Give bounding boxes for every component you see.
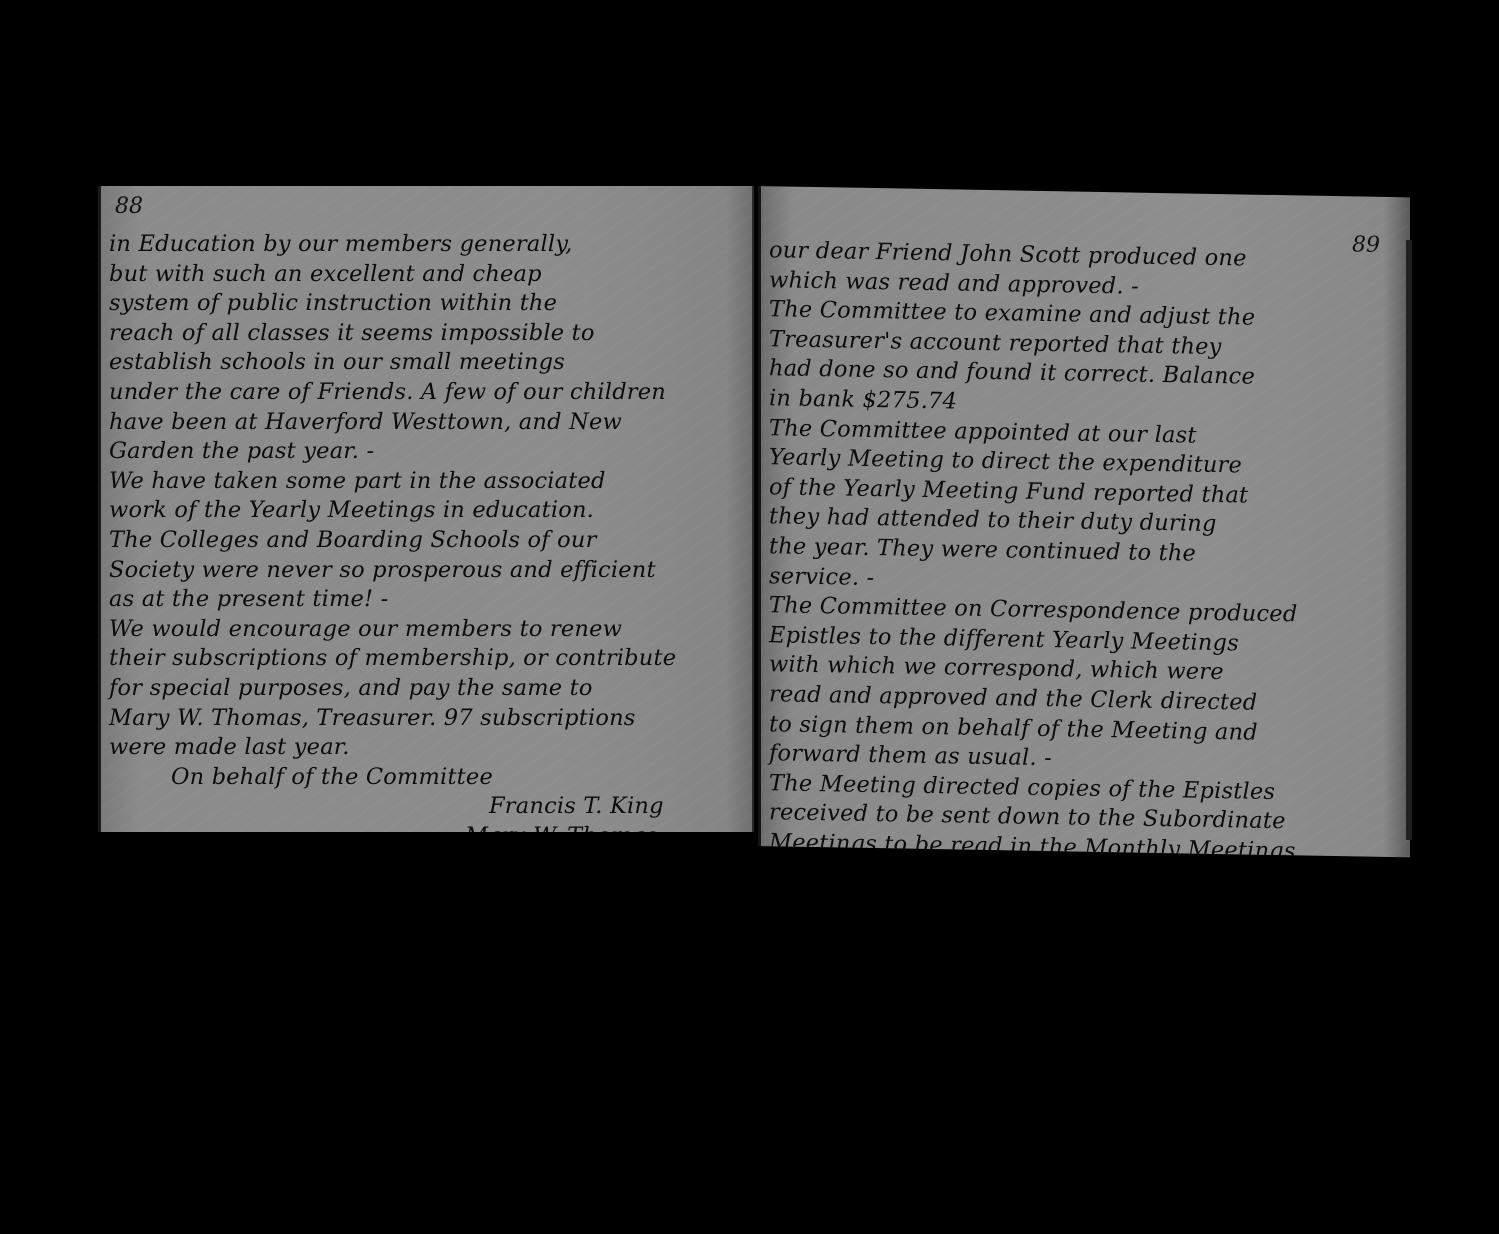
page-edge-shadow — [1406, 240, 1412, 840]
open-book-scan: 88 in Education by our members generally… — [0, 0, 1499, 1234]
text-line: reach of all classes it seems impossible… — [109, 319, 742, 349]
text-line: Society were never so prosperous and eff… — [109, 556, 742, 586]
left-page: 88 in Education by our members generally… — [98, 186, 754, 832]
right-page-text: our dear Friend John Scott produced onew… — [769, 236, 1400, 857]
text-line: We would encourage our members to renew — [109, 615, 742, 645]
page-number-left: 88 — [115, 194, 143, 219]
text-line: Mary W. Thomas, Treasurer. 97 subscripti… — [109, 704, 742, 734]
text-line: Garden the past year. - — [109, 437, 742, 467]
text-line: were made last year. — [109, 733, 742, 763]
text-line: Mary W. Thomas. — [109, 822, 742, 832]
text-line: The Colleges and Boarding Schools of our — [109, 526, 742, 556]
text-line: On behalf of the Committee — [109, 763, 742, 793]
text-line: for special purposes, and pay the same t… — [109, 674, 742, 704]
text-line: system of public instruction within the — [109, 289, 742, 319]
text-line: under the care of Friends. A few of our … — [109, 378, 742, 408]
text-line: as at the present time! - — [109, 585, 742, 615]
right-page: 89 our dear Friend John Scott produced o… — [758, 186, 1410, 857]
text-line: their subscriptions of membership, or co… — [109, 644, 742, 674]
text-line: work of the Yearly Meetings in education… — [109, 496, 742, 526]
text-line: in Education by our members generally, — [109, 230, 742, 260]
text-line: Francis T. King — [109, 792, 742, 822]
text-line: but with such an excellent and cheap — [109, 260, 742, 290]
text-line: We have taken some part in the associate… — [109, 467, 742, 497]
text-line: establish schools in our small meetings — [109, 348, 742, 378]
left-page-text: in Education by our members generally,bu… — [109, 230, 742, 832]
text-line: have been at Haverford Westtown, and New — [109, 408, 742, 438]
